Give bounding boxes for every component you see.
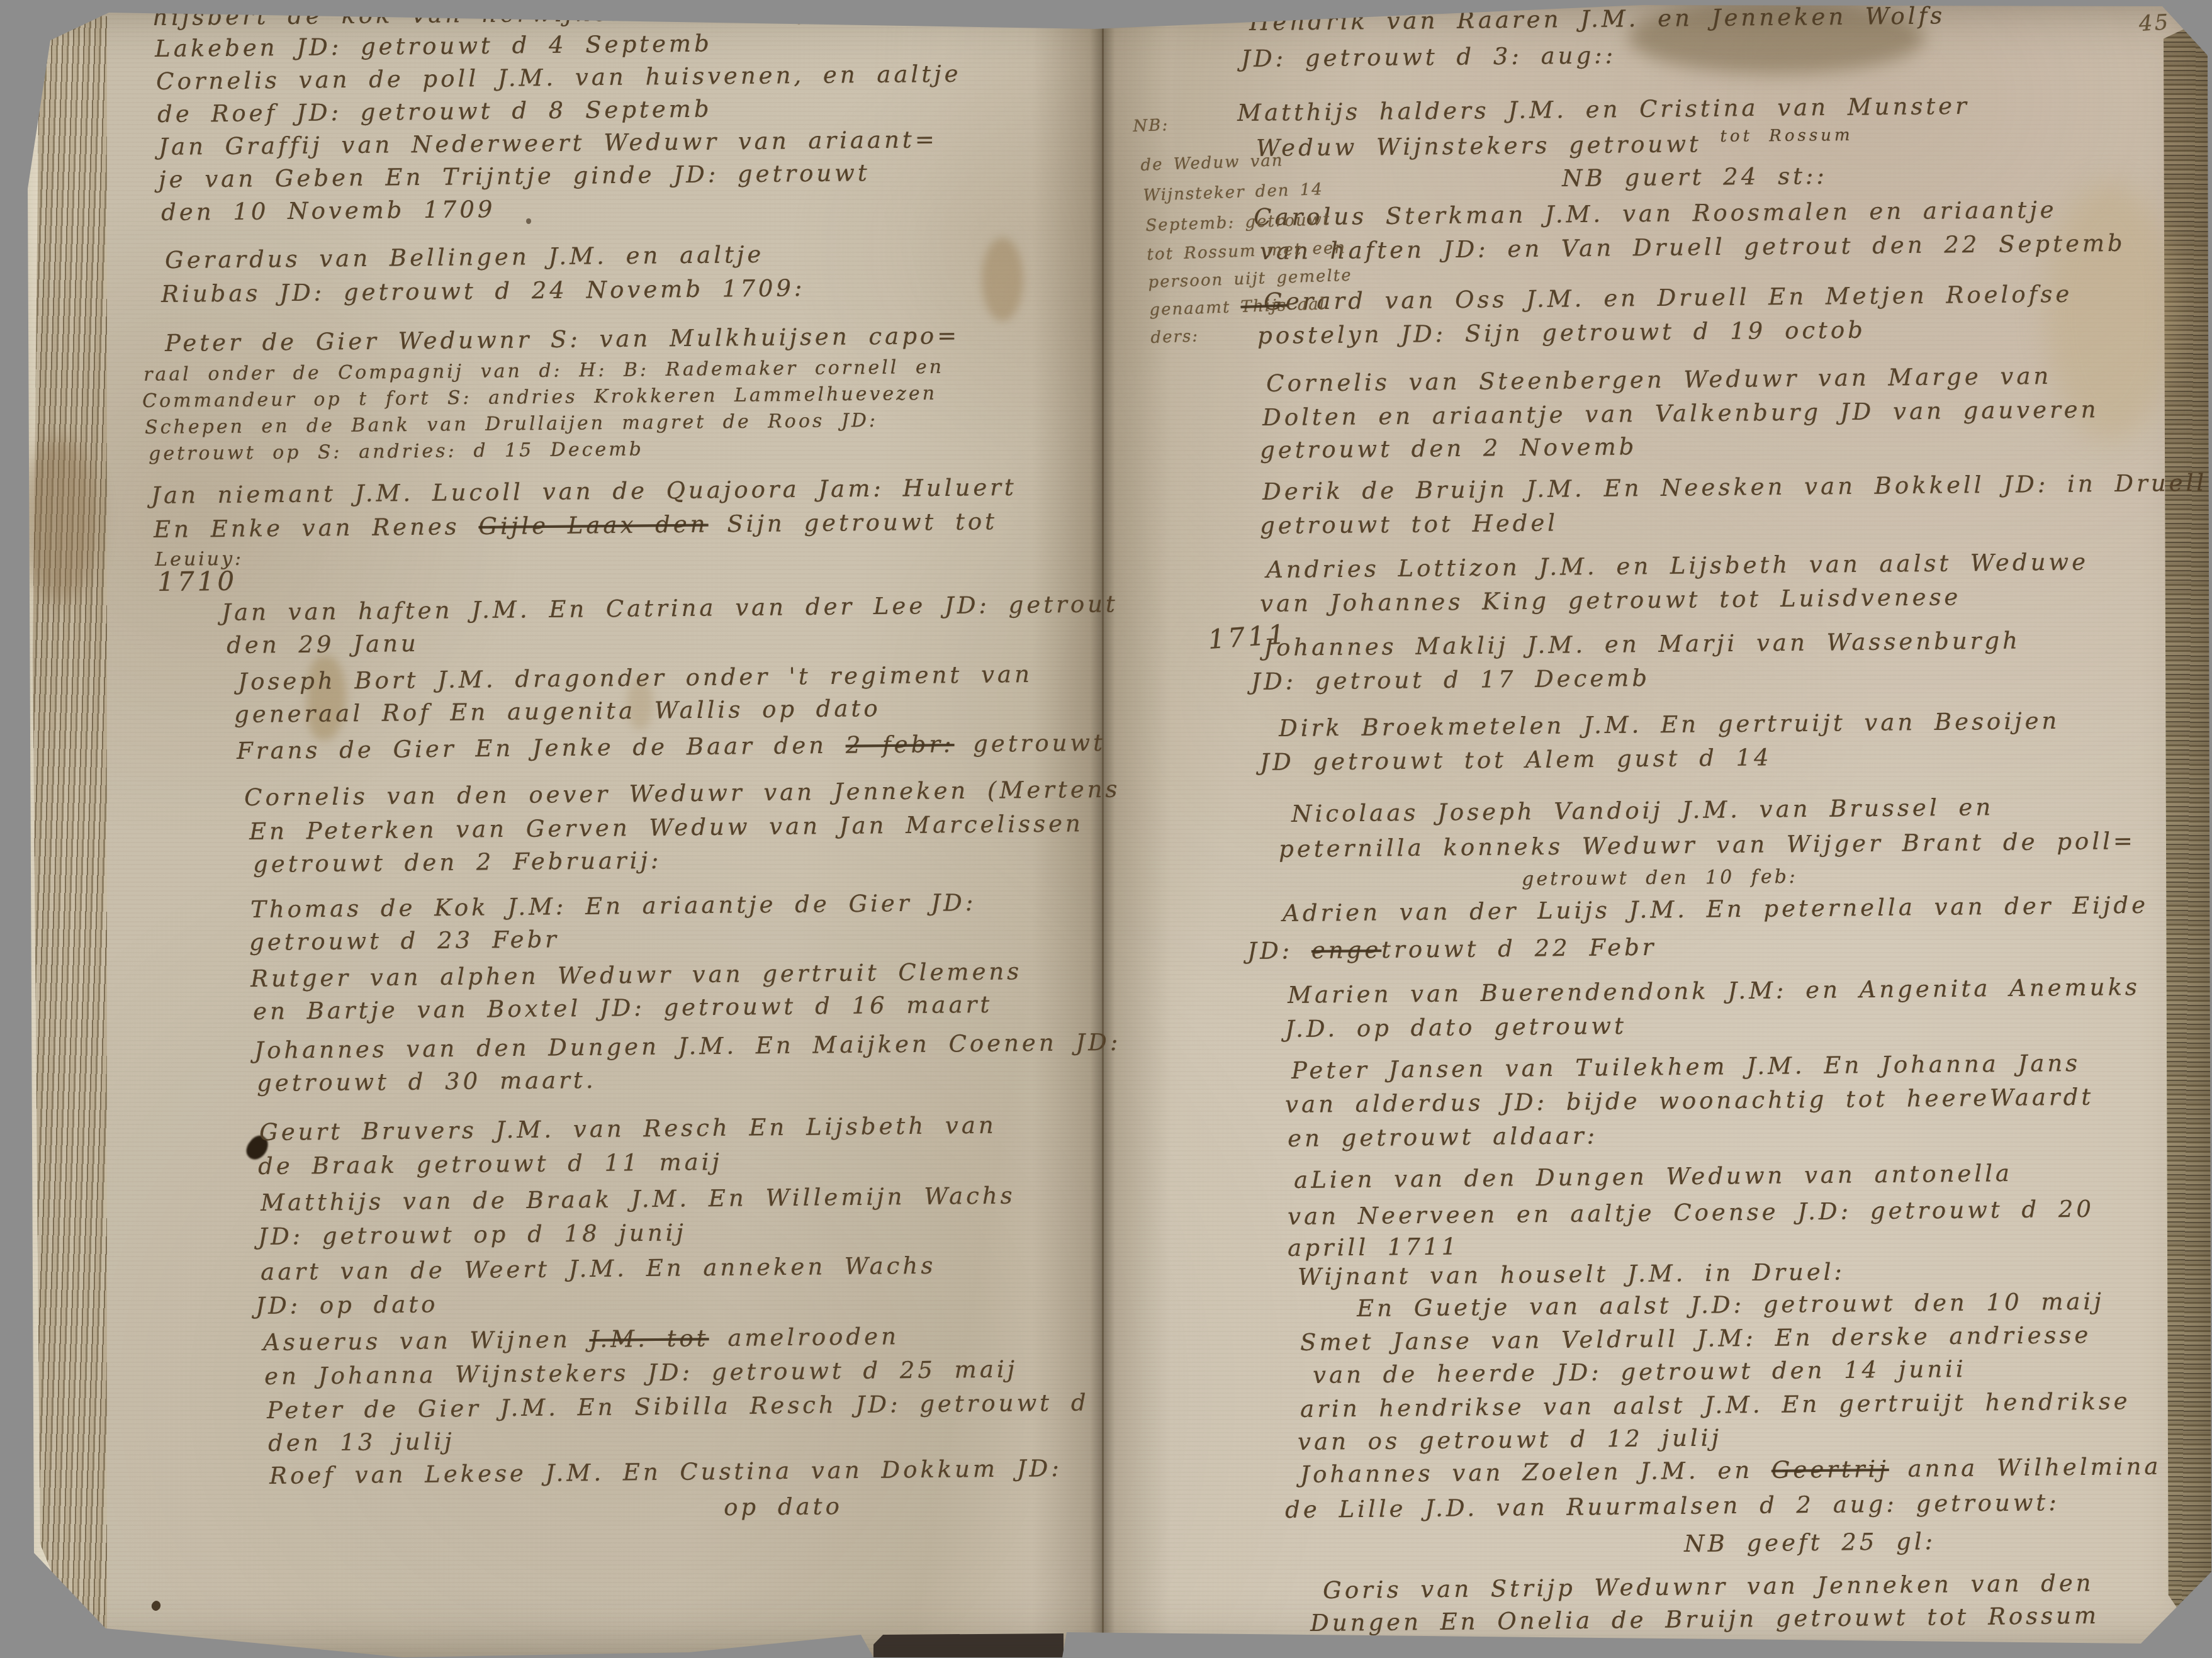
manuscript-line: JD: getrouwt d 3: aug:: [1241, 42, 1616, 72]
manuscript-line: en getrouwt aldaar: [1288, 1122, 1598, 1152]
manuscript-line: JD: op dato [255, 1291, 439, 1319]
manuscript-line: JD: getrout d 17 Decemb [1251, 664, 1650, 695]
page-number-left: 44 [49, 10, 81, 35]
ink-drip-stain [982, 238, 1023, 321]
manuscript-line: den 29 Janu [227, 630, 419, 659]
manuscript-line: getrouwt den 10 feb: [1522, 866, 1798, 890]
ink-speck [526, 218, 531, 224]
manuscript-line: NB: [1133, 116, 1169, 136]
manuscript-line: JD: getrouwt op d 18 junij [258, 1219, 687, 1250]
manuscript-line: getrouwt den 2 Februarij: [253, 847, 662, 878]
edge-stain [23, 438, 98, 603]
manuscript-line: de Braak getrouwt d 11 maij [258, 1148, 722, 1180]
dark-backing-strip [873, 1633, 1064, 1658]
manuscript-line: NB guert 24 st:: [1562, 162, 1827, 192]
manuscript-line: JD: engetrouwt d 22 Febr [1247, 934, 1657, 965]
page-number-right: 45 [2138, 9, 2170, 36]
manuscript-line: getrouwt d 30 maart. [257, 1067, 597, 1097]
manuscript-line: op dato [724, 1493, 843, 1521]
manuscript-line: JD getrouwt tot Alem gust d 14 [1260, 744, 1772, 776]
manuscript-line: getrouwt den 2 Novemb [1260, 433, 1637, 464]
manuscript-line: ders: [1150, 327, 1199, 347]
manuscript-line: den 10 Novemb 1709 [161, 196, 496, 226]
manuscript-line: getrouwt tot Hedel [1260, 509, 1558, 539]
manuscript-line: van os getrouwt d 12 julij [1298, 1425, 1722, 1455]
manuscript-line: NB geeft 25 gl: [1684, 1528, 1936, 1557]
manuscript-line: getrouwt d 23 Febr [249, 926, 559, 956]
manuscript-line: aprill 1711 [1288, 1233, 1459, 1262]
manuscript-line: J.D. op dato getrouwt [1285, 1012, 1627, 1043]
open-book: 44 45 1710 1711 hijsbert de kok van herw… [0, 0, 2212, 1658]
photograph-of-register: 44 45 1710 1711 hijsbert de kok van herw… [0, 0, 2212, 1658]
manuscript-line: Gerardus van Bellingen J.M. en aaltje [165, 241, 764, 274]
manuscript-line: Weduw Wijnstekers getrouwt tot Rossum [1256, 129, 1853, 162]
manuscript-line: den 13 julij [268, 1428, 455, 1457]
manuscript-line: Wijnant van houselt J.M. in Druel: [1298, 1258, 1845, 1291]
manuscript-line: de Roef JD: getrouwt d 8 Septemb [157, 96, 712, 128]
manuscript-line: d 16 aug: [1559, 1635, 1715, 1658]
manuscript-line: Leuiuy: [155, 548, 244, 571]
manuscript-line: Lakeben JD: getrouwt d 4 Septemb [155, 30, 712, 62]
